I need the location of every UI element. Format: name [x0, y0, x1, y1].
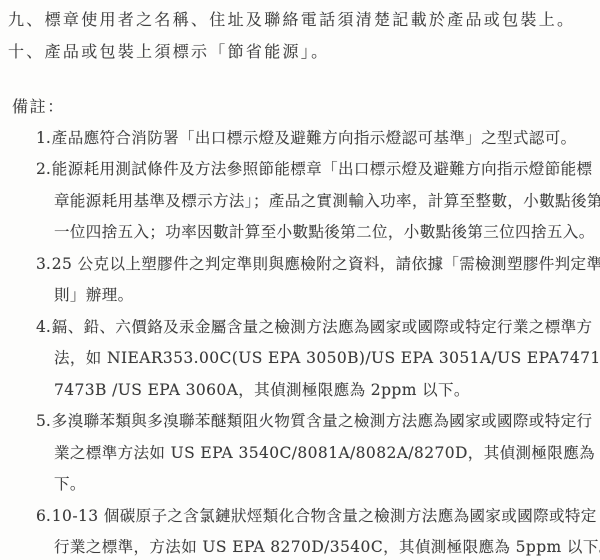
note-line: 一位四捨五入；功率因數計算至小數點後第二位，小數點後第三位四捨五入。	[0, 217, 600, 249]
clause-line-nine: 九、標章使用者之名稱、住址及聯絡電話須清楚記載於產品或包裝上。	[0, 4, 600, 36]
note-line: 4.鎘、鉛、六價鉻及汞金屬含量之檢測方法應為國家或國際或特定行業之標準方	[0, 312, 600, 344]
note-text: 產品應符合消防署「出口標示燈及避難方向指示燈認可基準」之型式認可。	[52, 129, 577, 147]
note-number: 5.	[36, 412, 52, 430]
note-line: 法，如 NIEAR353.00C(US EPA 3050B)/US EPA 30…	[0, 343, 600, 375]
note-line: 3.25 公克以上塑膠件之判定準則與應檢附之資料，請依據「需檢測塑膠件判定準	[0, 249, 600, 281]
scanned-document-page: 九、標章使用者之名稱、住址及聯絡電話須清楚記載於產品或包裝上。 十、產品或包裝上…	[0, 0, 600, 560]
note-line: 6.10-13 個碳原子之含氯鏈狀烴類化合物含量之檢測方法應為國家或國際或特定	[0, 501, 600, 533]
note-number: 3.	[36, 255, 52, 273]
note-line: 則」辦理。	[0, 280, 600, 312]
note-line: 7473B /US EPA 3060A，其偵測極限應為 2ppm 以下。	[0, 375, 600, 407]
note-line: 業之標準方法如 US EPA 3540C/8081A/8082A/8270D，其…	[0, 438, 600, 470]
note-item-4: 4.鎘、鉛、六價鉻及汞金屬含量之檢測方法應為國家或國際或特定行業之標準方 法，如…	[0, 312, 600, 407]
note-item-6: 6.10-13 個碳原子之含氯鏈狀烴類化合物含量之檢測方法應為國家或國際或特定 …	[0, 501, 600, 560]
note-item-2: 2.能源耗用測試條件及方法參照節能標章「出口標示燈及避難方向指示燈節能標 章能源…	[0, 154, 600, 249]
note-line: 5.多溴聯苯類與多溴聯苯醚類阻火物質含量之檢測方法應為國家或國際或特定行	[0, 406, 600, 438]
note-number: 1.	[36, 129, 52, 147]
notes-heading: 備註：	[0, 91, 600, 123]
note-line: 下。	[0, 469, 600, 501]
note-line: 行業之標準，方法如 US EPA 8270D/3540C，其偵測極限應為 5pp…	[0, 532, 600, 560]
note-text: 10-13 個碳原子之含氯鏈狀烴類化合物含量之檢測方法應為國家或國際或特定	[52, 507, 597, 525]
note-line: 章能源耗用基準及標示方法」；產品之實測輸入功率，計算至整數，小數點後第	[0, 186, 600, 218]
note-number: 4.	[36, 318, 52, 336]
note-item-3: 3.25 公克以上塑膠件之判定準則與應檢附之資料，請依據「需檢測塑膠件判定準 則…	[0, 249, 600, 312]
section-spacer	[0, 67, 600, 91]
note-number: 2.	[36, 160, 52, 178]
note-item-5: 5.多溴聯苯類與多溴聯苯醚類阻火物質含量之檢測方法應為國家或國際或特定行 業之標…	[0, 406, 600, 501]
note-text: 多溴聯苯類與多溴聯苯醚類阻火物質含量之檢測方法應為國家或國際或特定行	[52, 412, 593, 430]
note-line: 2.能源耗用測試條件及方法參照節能標章「出口標示燈及避難方向指示燈節能標	[0, 154, 600, 186]
note-item-1: 1.產品應符合消防署「出口標示燈及避難方向指示燈認可基準」之型式認可。	[0, 123, 600, 155]
note-text: 能源耗用測試條件及方法參照節能標章「出口標示燈及避難方向指示燈節能標	[52, 160, 593, 178]
note-line: 1.產品應符合消防署「出口標示燈及避難方向指示燈認可基準」之型式認可。	[0, 123, 600, 155]
clause-line-ten: 十、產品或包裝上須標示「節省能源」。	[0, 36, 600, 68]
note-text: 鎘、鉛、六價鉻及汞金屬含量之檢測方法應為國家或國際或特定行業之標準方	[52, 318, 593, 336]
note-number: 6.	[36, 507, 52, 525]
note-text: 25 公克以上塑膠件之判定準則與應檢附之資料，請依據「需檢測塑膠件判定準	[52, 255, 600, 273]
